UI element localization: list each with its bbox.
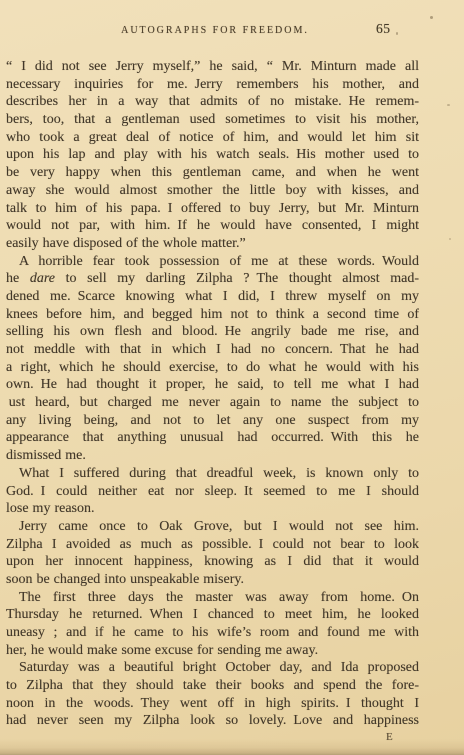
ink-speck: [396, 32, 398, 35]
ink-speck: [430, 16, 433, 19]
text-line: bers, too, that a gentleman used sometim…: [6, 111, 419, 129]
text-line: Jerry came once to Oak Grove, but I woul…: [6, 518, 419, 536]
text-line: uneasy ; and if he came to his wife’s ro…: [6, 624, 419, 642]
page-edge-shadow: [0, 739, 464, 755]
running-header: AUTOGRAPHS FOR FREEDOM. 65: [0, 21, 464, 39]
text-line: easily have disposed of the whole matter…: [6, 235, 419, 253]
text-line: necessary inquiries for me. Jerry rememb…: [6, 76, 419, 94]
text-line: What I suffered during that dreadful wee…: [6, 465, 419, 483]
text-line: Saturday was a beautiful bright October …: [6, 659, 419, 677]
text-line: Thursday he returned. When I chanced to …: [6, 606, 419, 624]
text-line: Zilpha I avoided as much as possible. I …: [6, 536, 419, 554]
text-line: “ I did not see Jerry myself,” he said, …: [6, 58, 419, 76]
text-line: would not par, with him. If he would hav…: [6, 217, 419, 235]
text-line: her, he would make some excuse for sendi…: [6, 642, 419, 660]
text-line: ust heard, but charged me never again to…: [6, 394, 419, 412]
text-line: a right, which he should exercise, to do…: [6, 359, 419, 377]
text-line: knees before him, and begged him not to …: [6, 306, 419, 324]
text-line: God. I could neither eat nor sleep. It s…: [6, 483, 419, 501]
text-line: own. He had thought it proper, he said, …: [6, 376, 419, 394]
page-header-title: AUTOGRAPHS FOR FREEDOM.: [0, 25, 430, 36]
text-line: selling his own flesh and blood. He angr…: [6, 323, 419, 341]
text-line: noon in the woods. They went off in high…: [6, 695, 419, 713]
text-line: appearance that anything unusual had occ…: [6, 429, 419, 447]
text-line: be very happy when this gentleman came, …: [6, 164, 419, 182]
text-line: The first three days the master was away…: [6, 589, 419, 607]
ink-speck: [447, 104, 450, 106]
text-line: who took a great deal of notice of him, …: [6, 129, 419, 147]
page-number: 65: [376, 21, 391, 37]
text-line: upon her innocent happiness, knowing as …: [6, 553, 419, 571]
text-line: not meddle with that in which I had no c…: [6, 341, 419, 359]
text-line: had never seen my Zilpha look so lovely.…: [6, 712, 419, 730]
book-page-scan: AUTOGRAPHS FOR FREEDOM. 65 “ I did not s…: [0, 0, 464, 755]
text-line: talk to him of his papa. I offered to bu…: [6, 200, 419, 218]
text-line: soon be changed into unspeakable misery.: [6, 571, 419, 589]
text-line: away she would almost smother the little…: [6, 182, 419, 200]
text-line: lose my reason.: [6, 500, 419, 518]
text-line: dismissed me.: [6, 447, 419, 465]
text-line: any living being, and not to let any one…: [6, 412, 419, 430]
text-line: upon his lap and play with his watch sea…: [6, 146, 419, 164]
text-line: he dare to sell my darling Zilpha ? The …: [6, 270, 419, 288]
text-line: dened me. Scarce knowing what I did, I t…: [6, 288, 419, 306]
text-line: to Zilpha that they should take their bo…: [6, 677, 419, 695]
text-line: A horrible fear took possession of me at…: [6, 253, 419, 271]
ink-speck: [449, 238, 451, 240]
text-block: “ I did not see Jerry myself,” he said, …: [6, 58, 419, 730]
text-line: describes her in a way that admits of no…: [6, 93, 419, 111]
